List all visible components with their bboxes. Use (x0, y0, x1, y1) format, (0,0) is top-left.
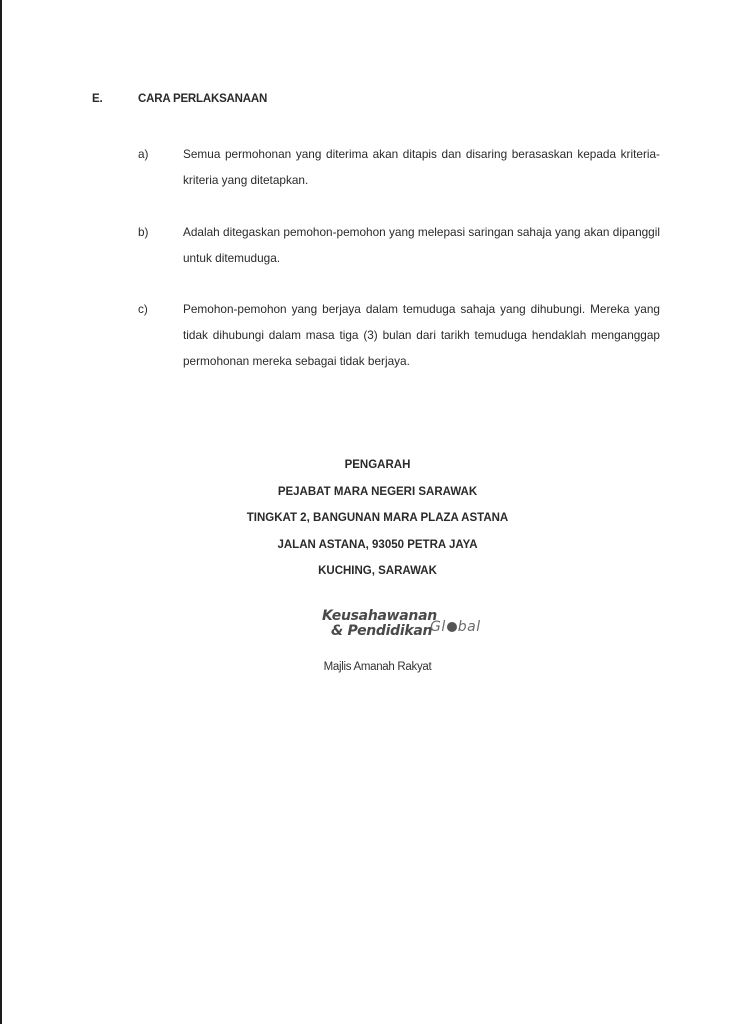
logo-global-prefix: Gl (430, 619, 446, 635)
address-line-title: PENGARAH (0, 452, 755, 479)
address-block: PENGARAH PEJABAT MARA NEGERI SARAWAK TIN… (0, 452, 755, 585)
section-number: E. (92, 93, 102, 105)
address-line-city: KUCHING, SARAWAK (0, 558, 755, 585)
list-item-marker: c) (138, 296, 148, 322)
list-item: b) Adalah ditegaskan pemohon-pemohon yan… (138, 219, 660, 271)
logo-line-2: & Pendidikan (331, 623, 432, 639)
list-item-marker: b) (138, 219, 149, 245)
list-item-text: Semua permohonan yang diterima akan dita… (183, 141, 660, 193)
address-line-office: PEJABAT MARA NEGERI SARAWAK (0, 479, 755, 506)
address-line-street: JALAN ASTANA, 93050 PETRA JAYA (0, 532, 755, 559)
address-line-building: TINGKAT 2, BANGUNAN MARA PLAZA ASTANA (0, 505, 755, 532)
list-item-text: Adalah ditegaskan pemohon-pemohon yang m… (183, 219, 660, 271)
logo-global-suffix: bal (458, 619, 481, 635)
logo-global-wordmark: Glbal (430, 619, 481, 635)
apple-icon (447, 622, 457, 632)
logo: Keusahawanan & Pendidikan Glbal (320, 608, 520, 658)
organization-name: Majlis Amanah Rakyat (0, 661, 755, 673)
section-title: CARA PERLAKSANAAN (138, 93, 267, 105)
logo-line-1: Keusahawanan (322, 608, 437, 624)
list-item: a) Semua permohonan yang diterima akan d… (138, 141, 660, 193)
list-item: c) Pemohon-pemohon yang berjaya dalam te… (138, 296, 660, 374)
list-item-text: Pemohon-pemohon yang berjaya dalam temud… (183, 296, 660, 374)
list-item-marker: a) (138, 141, 149, 167)
